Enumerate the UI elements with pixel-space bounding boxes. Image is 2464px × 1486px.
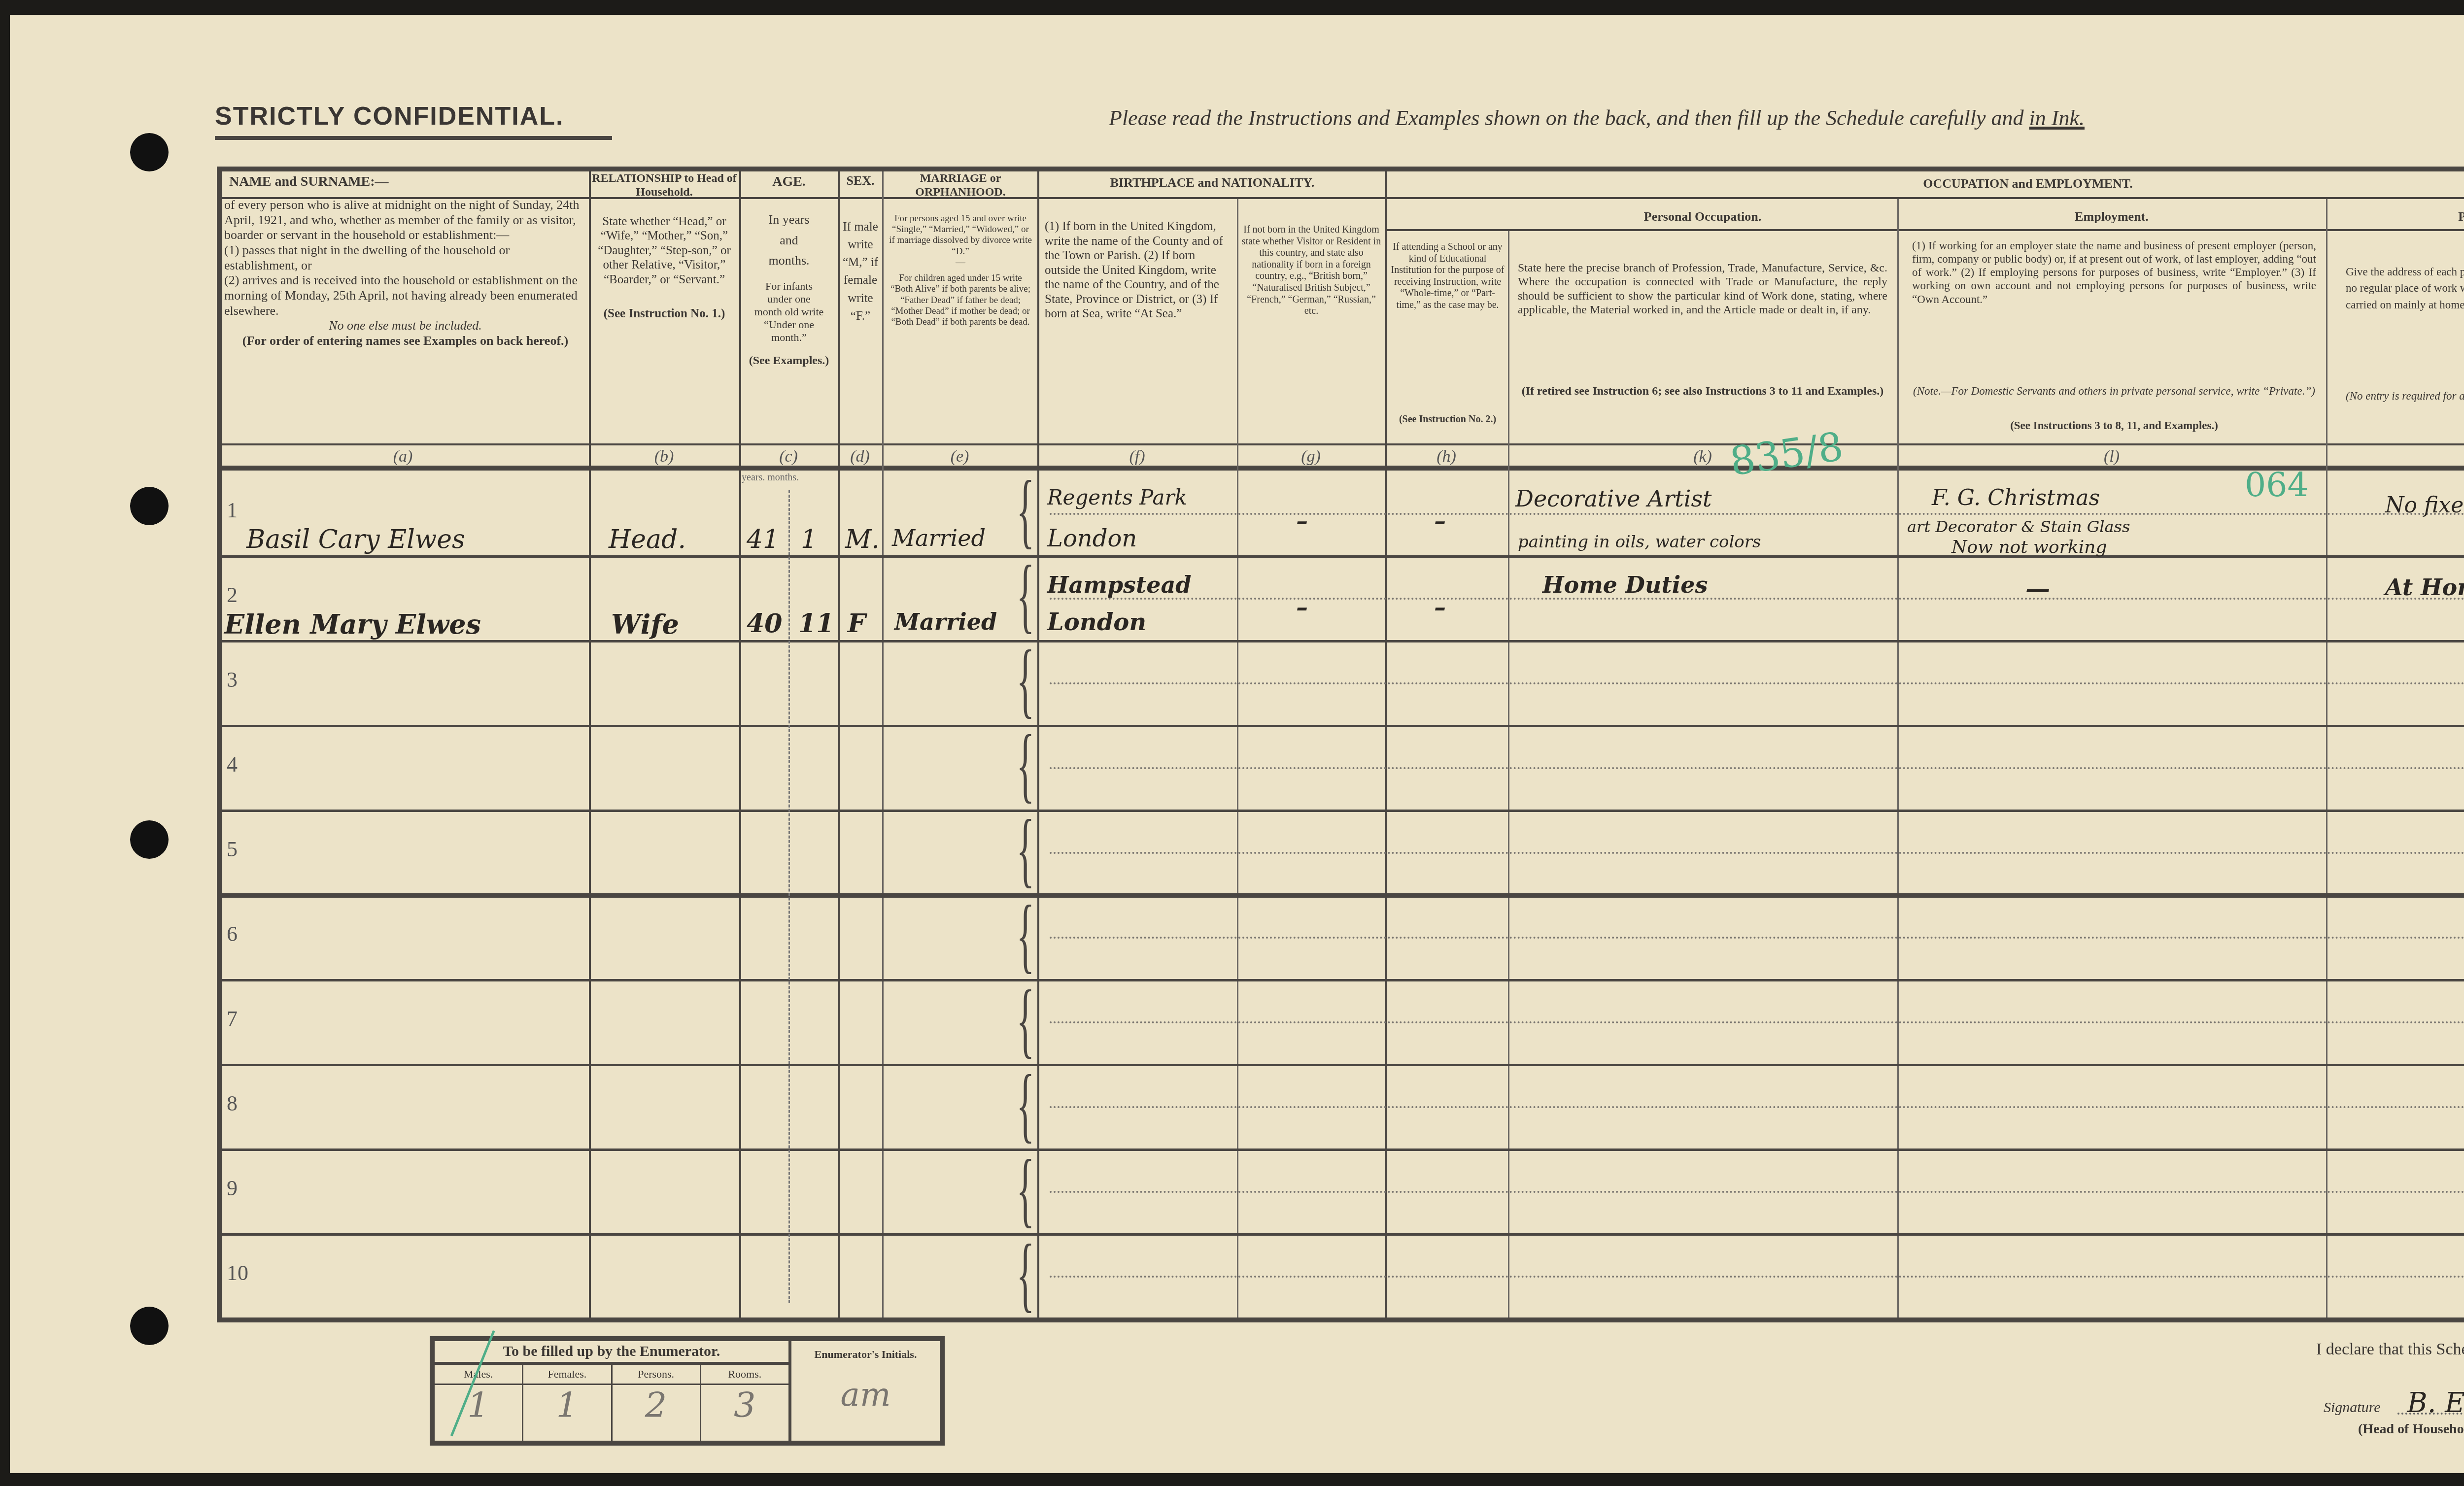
person-education: – bbox=[1434, 594, 1446, 621]
birthplace-title: BIRTHPLACE and NATIONALITY. bbox=[1040, 175, 1385, 191]
person-nationality: – bbox=[1296, 507, 1308, 535]
col-f-body: (1) If born in the United Kingdom, write… bbox=[1045, 219, 1232, 321]
col-l-footer: (See Instructions 3 to 8, 11, and Exampl… bbox=[1912, 419, 2316, 432]
punch-hole bbox=[130, 487, 169, 525]
col-divider bbox=[589, 171, 591, 1317]
brace-icon: { bbox=[1016, 1062, 1034, 1146]
person-marriage: Married bbox=[894, 608, 997, 635]
row-line bbox=[222, 555, 2464, 558]
person-occupation-1: Decorative Artist bbox=[1515, 485, 1712, 512]
occupation-title: OCCUPATION and EMPLOYMENT. bbox=[1385, 176, 2464, 192]
col-letter-h: (h) bbox=[1385, 447, 1508, 466]
row-number: 3 bbox=[227, 667, 238, 692]
person-employment-2: art Decorator & Stain Glass bbox=[1907, 517, 2130, 536]
col-b-footer: (See Instruction No. 1.) bbox=[591, 306, 737, 321]
persons-value: 2 bbox=[613, 1385, 700, 1425]
col-l-title: Employment. bbox=[1900, 209, 2324, 225]
person-sex: M. bbox=[845, 525, 880, 554]
col-a-item2: (2) arrives and is received into the hou… bbox=[224, 273, 586, 318]
person-employment-3: Now not working bbox=[1951, 537, 2107, 557]
brace-icon: { bbox=[1016, 893, 1034, 977]
person-place-of-work: At Home bbox=[2385, 574, 2464, 601]
row-midline bbox=[1050, 1021, 2464, 1023]
row-midline bbox=[1050, 937, 2464, 939]
confidential-underline bbox=[215, 136, 612, 140]
row-midline bbox=[1050, 598, 2464, 600]
col-k-body: State here the precise branch of Profess… bbox=[1518, 261, 1887, 317]
col-c-body: In years and months. bbox=[742, 209, 836, 271]
signature-line: Signature B. Elwes bbox=[2324, 1387, 2464, 1419]
row-number: 7 bbox=[227, 1006, 238, 1031]
col-k-footer: (If retired see Instruction 6; see also … bbox=[1518, 384, 1887, 398]
person-employment-1: — bbox=[2025, 574, 2050, 603]
punch-hole bbox=[130, 1307, 169, 1345]
col-divider bbox=[1037, 171, 1039, 1317]
person-age-months: 11 bbox=[798, 608, 834, 639]
col-e-body2: For children aged under 15 write “Both A… bbox=[884, 273, 1037, 328]
person-relationship: Head. bbox=[609, 525, 686, 554]
col-e-sep: — bbox=[884, 257, 1037, 269]
person-age-years: 41 bbox=[747, 525, 779, 554]
person-education: – bbox=[1434, 507, 1446, 535]
person-name: Ellen Mary Elwes bbox=[224, 608, 481, 640]
person-employment-1: F. G. Christmas bbox=[1932, 485, 2100, 510]
initials-label: Enumerator's Initials. bbox=[791, 1341, 940, 1361]
initials-value: am bbox=[791, 1376, 940, 1414]
persons-label: Persons. bbox=[613, 1365, 700, 1385]
person-relationship: Wife bbox=[611, 608, 679, 640]
col-c-title: AGE. bbox=[742, 173, 836, 190]
col-e-title: MARRIAGE or ORPHANHOOD. bbox=[884, 171, 1037, 200]
col-d-body: If male write “M,” if female write “F.” bbox=[839, 218, 882, 326]
col-l-note: (Note.—For Domestic Servants and others … bbox=[1912, 384, 2316, 398]
person-age-years: 40 bbox=[747, 608, 782, 639]
col-a-note: No one else must be included. bbox=[224, 318, 586, 334]
col-letter-m: (m) bbox=[2326, 447, 2464, 466]
person-occupation-2: painting in oils, water colors bbox=[1518, 532, 1761, 552]
brace-icon: { bbox=[1016, 722, 1034, 806]
brace-icon: { bbox=[1016, 638, 1034, 721]
row-line bbox=[222, 810, 2464, 812]
col-letter-g: (g) bbox=[1237, 447, 1385, 466]
col-b-title: RELATIONSHIP to Head of Household. bbox=[591, 171, 737, 200]
row-midline bbox=[1050, 767, 2464, 769]
males-value: 1 bbox=[435, 1385, 522, 1425]
row-line bbox=[222, 979, 2464, 981]
instructions-text: Please read the Instructions and Example… bbox=[1109, 106, 2029, 130]
person-marriage: Married bbox=[892, 525, 986, 551]
person-birthplace-1: Hampstead bbox=[1047, 572, 1192, 598]
row-number: 1 bbox=[227, 498, 238, 523]
row-number: 6 bbox=[227, 921, 238, 946]
col-letter-a: (a) bbox=[217, 447, 589, 466]
punch-hole bbox=[130, 133, 169, 171]
row-number: 10 bbox=[227, 1260, 248, 1285]
col-a-header: NAME and SURNAME:— of every person who i… bbox=[224, 173, 586, 349]
row-line bbox=[222, 1148, 2464, 1151]
col-letter-l: (l) bbox=[1897, 447, 2326, 466]
females-value: 1 bbox=[523, 1385, 611, 1425]
col-a-title: NAME and SURNAME:— bbox=[224, 173, 586, 190]
instructions-ink: in Ink. bbox=[2029, 106, 2085, 130]
col-letter-k: (k) bbox=[1508, 447, 1897, 466]
row-midline bbox=[1050, 682, 2464, 684]
col-a-footer: (For order of entering names see Example… bbox=[224, 334, 586, 349]
col-letter-f: (f) bbox=[1037, 447, 1237, 466]
col-letter-d: (d) bbox=[838, 447, 882, 466]
person-age-months: 1 bbox=[801, 525, 817, 554]
person-sex: F bbox=[848, 608, 866, 639]
col-e-body: For persons aged 15 and over write “Sing… bbox=[884, 213, 1037, 258]
brace-icon: { bbox=[1016, 1232, 1034, 1316]
col-a-body: of every person who is alive at midnight… bbox=[224, 198, 586, 243]
row-line bbox=[222, 1233, 2464, 1236]
person-nationality: – bbox=[1296, 594, 1308, 621]
person-occupation-1: Home Duties bbox=[1542, 572, 1708, 598]
col-h-body: If attending a School or any kind of Edu… bbox=[1390, 241, 1506, 311]
col-c-header: AGE. In years and months. For infants un… bbox=[742, 173, 836, 368]
col-h-footer: (See Instruction No. 2.) bbox=[1390, 414, 1506, 426]
row-midline bbox=[1050, 1276, 2464, 1278]
col-letter-e: (e) bbox=[882, 447, 1037, 466]
col-b-body: State whether “Head,” or “Wife,” “Mother… bbox=[591, 214, 737, 287]
row-group-line bbox=[222, 893, 2464, 898]
females-label: Females. bbox=[523, 1365, 611, 1385]
enumerator-count-box: To be filled up by the Enumerator. Males… bbox=[430, 1336, 945, 1446]
declaration-text: I declare that this Schedule is correctl… bbox=[2316, 1340, 2464, 1359]
rooms-value: 3 bbox=[701, 1385, 788, 1425]
col-divider bbox=[1508, 231, 1509, 1317]
row-number: 2 bbox=[227, 582, 238, 608]
col-e-header: MARRIAGE or ORPHANHOOD. For persons aged… bbox=[884, 171, 1037, 328]
col-k-title: Personal Occupation. bbox=[1510, 209, 1895, 225]
header-subline bbox=[1385, 229, 2464, 231]
punch-hole bbox=[130, 820, 169, 859]
row-midline bbox=[1050, 1106, 2464, 1108]
col-g-body: If not born in the United Kingdom state … bbox=[1240, 224, 1383, 317]
col-d-header: SEX. If male write “M,” if female write … bbox=[839, 173, 882, 325]
row-number: 9 bbox=[227, 1176, 238, 1201]
col-letter-b: (b) bbox=[589, 447, 739, 466]
col-a-item1: (1) passes that night in the dwelling of… bbox=[224, 243, 586, 273]
row-midline bbox=[1050, 513, 2464, 515]
person-birthplace-2: London bbox=[1047, 608, 1146, 636]
col-c-infants: For infants under one month old write “U… bbox=[742, 280, 836, 344]
brace-icon: { bbox=[1016, 807, 1034, 891]
col-m-title: Place of Work. bbox=[2328, 209, 2464, 225]
header-subline bbox=[1037, 197, 2464, 199]
person-place-of-work: No fixed place bbox=[2385, 493, 2464, 518]
confidential-heading: STRICTLY CONFIDENTIAL. bbox=[215, 101, 564, 131]
col-b-header: RELATIONSHIP to Head of Household. State… bbox=[591, 171, 737, 321]
row-number: 4 bbox=[227, 752, 238, 777]
col-letter-c: (c) bbox=[739, 447, 838, 466]
brace-icon: { bbox=[1016, 553, 1034, 637]
person-birthplace-1: Regents Park bbox=[1047, 485, 1187, 509]
col-m-body: Give the address of each person's place … bbox=[2346, 264, 2464, 313]
col-divider bbox=[838, 171, 840, 1317]
row-line bbox=[222, 725, 2464, 727]
row-line bbox=[222, 640, 2464, 642]
brace-icon: { bbox=[1016, 468, 1034, 552]
row-midline bbox=[1050, 1191, 2464, 1193]
col-c-footer: (See Examples.) bbox=[742, 354, 836, 368]
employment-code: 064 bbox=[2245, 466, 2309, 505]
age-dotted-divider bbox=[788, 490, 790, 1303]
brace-icon: { bbox=[1016, 978, 1034, 1061]
col-divider bbox=[882, 171, 884, 1317]
header-subline bbox=[222, 443, 2464, 445]
col-l-body: (1) If working for an employer state the… bbox=[1912, 239, 2316, 306]
row-number: 8 bbox=[227, 1091, 238, 1116]
brace-icon: { bbox=[1016, 1147, 1034, 1231]
instructions-line: Please read the Instructions and Example… bbox=[1109, 105, 2085, 131]
row-number: 5 bbox=[227, 837, 238, 862]
header-divider bbox=[217, 466, 2464, 471]
rooms-label: Rooms. bbox=[701, 1365, 788, 1385]
person-birthplace-2: London bbox=[1047, 525, 1137, 552]
signature-label: Signature bbox=[2324, 1399, 2381, 1416]
signature-caption: (Head of Household, Manager of Establish… bbox=[2358, 1421, 2464, 1437]
row-midline bbox=[1050, 852, 2464, 854]
col-divider bbox=[1385, 171, 1387, 1317]
col-d-title: SEX. bbox=[839, 173, 882, 189]
col-m-note: (No entry is required for any person who… bbox=[2346, 389, 2464, 403]
col-divider bbox=[739, 171, 741, 1317]
age-sublabels: years. months. bbox=[742, 472, 799, 483]
row-line bbox=[222, 1064, 2464, 1066]
signature-dots bbox=[2397, 1413, 2464, 1415]
person-name: Basil Cary Elwes bbox=[246, 525, 465, 554]
